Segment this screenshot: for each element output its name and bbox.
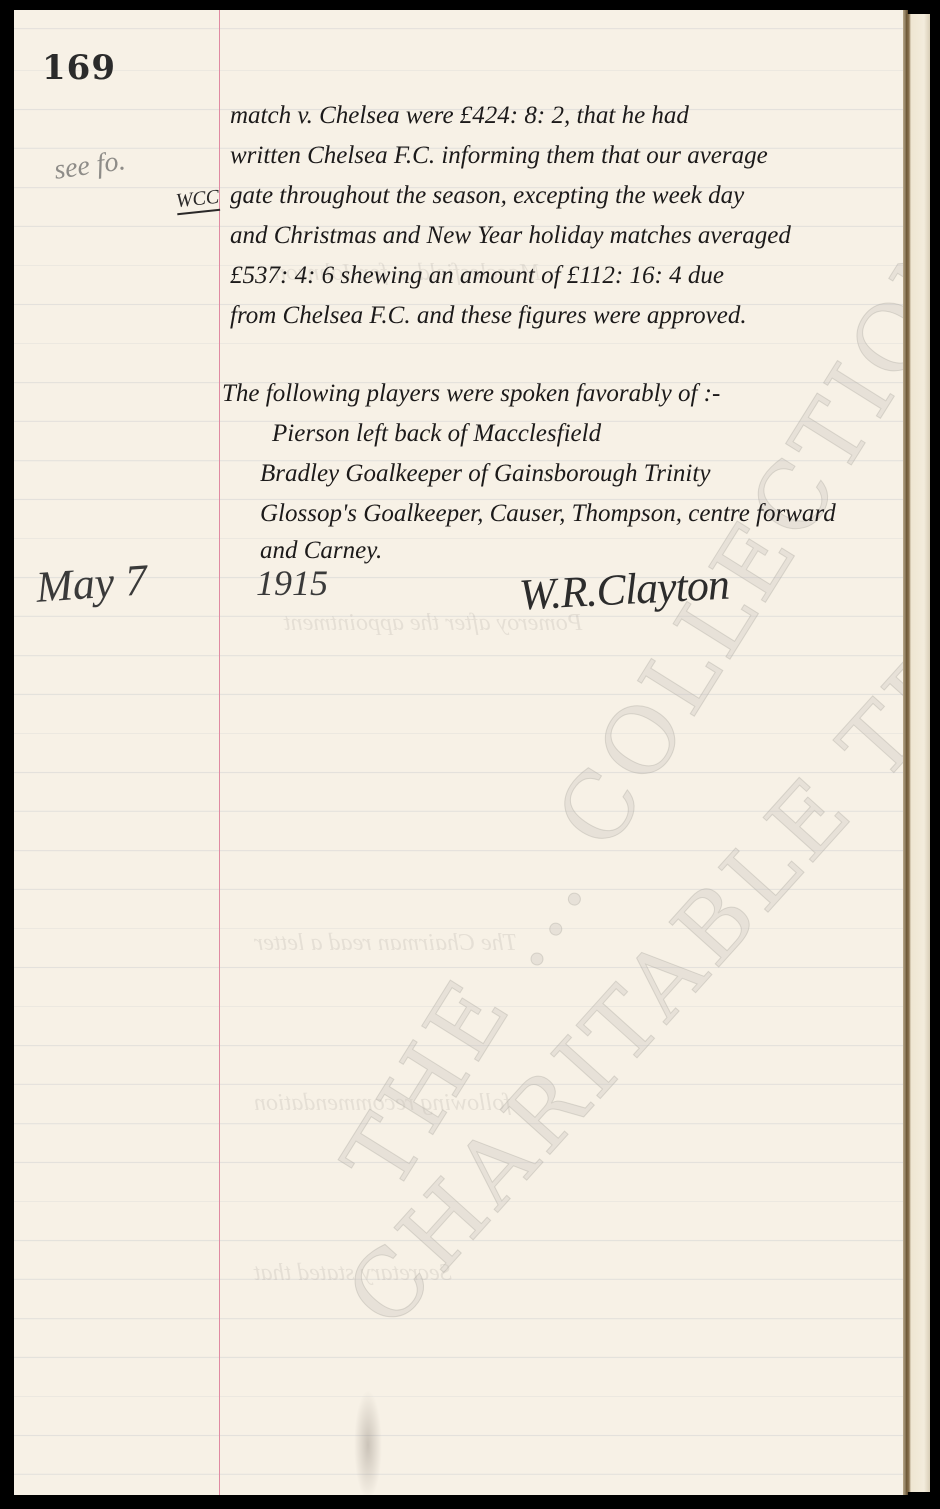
minutes-line: and Christmas and New Year holiday match… <box>230 222 791 250</box>
pencil-margin-note: see fo. <box>52 145 127 187</box>
margin-initials: WCC <box>175 186 221 215</box>
minutes-line: £537: 4: 6 shewing an amount of £112: 16… <box>230 262 724 290</box>
players-heading: The following players were spoken favora… <box>222 380 720 408</box>
page-number: 169 <box>42 48 116 88</box>
player-entry: Glossop's Goalkeeper, Causer, Thompson, … <box>260 500 836 528</box>
red-margin-line <box>219 10 220 1495</box>
player-entry: Pierson left back of Macclesfield <box>272 420 601 448</box>
minutes-line: match v. Chelsea were £424: 8: 2, that h… <box>230 102 689 130</box>
date-year: 1915 <box>256 562 328 604</box>
minutes-line: gate throughout the season, excepting th… <box>230 182 744 210</box>
ink-smudge <box>354 1390 382 1495</box>
date-month-day: May 7 <box>34 554 148 613</box>
book-binding <box>906 14 930 1492</box>
minutes-line: written Chelsea F.C. informing them that… <box>230 142 768 170</box>
player-entry: Bradley Goalkeeper of Gainsborough Trini… <box>260 460 710 488</box>
ledger-page: 169 see fo. WCC Macclesfield ... for Joh… <box>14 10 906 1495</box>
minutes-line: from Chelsea F.C. and these figures were… <box>230 302 747 330</box>
player-entry: and Carney. <box>260 537 382 565</box>
